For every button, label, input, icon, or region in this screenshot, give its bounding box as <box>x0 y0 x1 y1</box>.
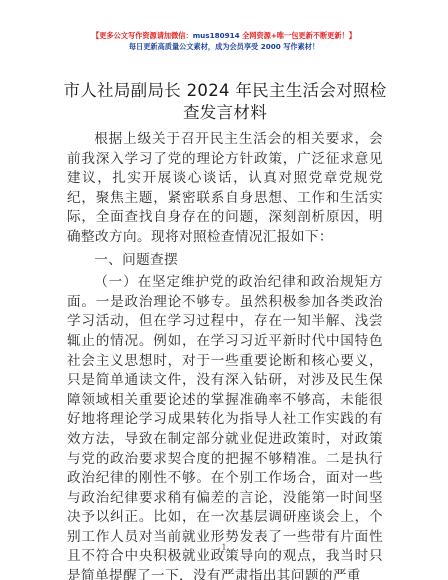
body-paragraph: （一）在坚定维护党的政治纪律和政治规矩方面。一是政治理论不够专。虽然积极参加各类… <box>67 273 383 580</box>
promo-banner-line1: 【更多公文写作资源请加微信：mus180914 全网资源+唯一包更新不断更新！】 <box>0 31 448 41</box>
document-page: 【更多公文写作资源请加微信：mus180914 全网资源+唯一包更新不断更新！】… <box>0 0 448 580</box>
intro-paragraph: 根据上级关于召开民主生活会的相关要求，会前我深入学习了党的理论方针政策，广泛征求… <box>67 130 383 248</box>
section-heading: 一、问题查摆 <box>67 251 383 271</box>
promo-prefix: 【更多公文写作资源请加微信： <box>92 31 193 40</box>
document-body: 根据上级关于召开民主生活会的相关要求，会前我深入学习了党的理论方针政策，广泛征求… <box>67 130 383 580</box>
promo-banner-line2: 每日更新高质量公文素材，成为会员享受 2000 写作素材！ <box>0 42 448 52</box>
page-number: 1 <box>0 543 448 552</box>
promo-wechat-id: mus180914 <box>193 31 240 40</box>
promo-suffix: 全网资源+唯一包更新不断更新！】 <box>240 31 356 40</box>
document-title: 市人社局副局长 2024 年民主生活会对照检查发言材料 <box>60 80 390 124</box>
